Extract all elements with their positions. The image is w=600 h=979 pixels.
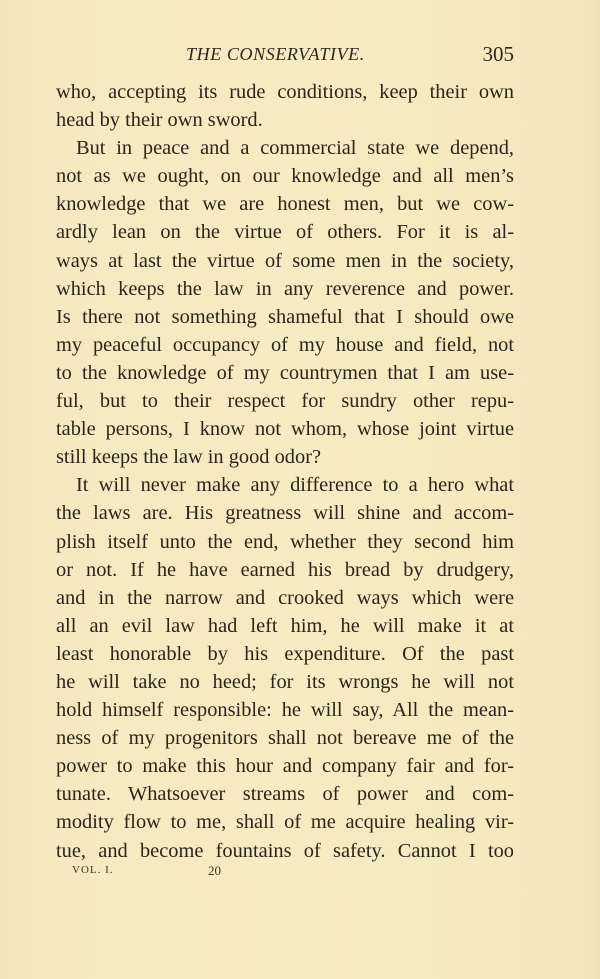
- text-line: to the knowledge of my countrymen that I…: [56, 359, 514, 387]
- text-line: modity flow to me, shall of me acquire h…: [56, 808, 514, 836]
- text-line: who, accepting its rude conditions, keep…: [56, 78, 514, 106]
- text-line: tue, and become fountains of safety. Can…: [56, 837, 514, 865]
- text-line: head by their own sword.: [56, 106, 514, 134]
- text-line: least honorable by his expenditure. Of t…: [56, 640, 514, 668]
- text-line: knowledge that we are honest men, but we…: [56, 190, 514, 218]
- book-page: THE CONSERVATIVE. 305 who, accepting its…: [0, 0, 600, 979]
- text-line: ardly lean on the virtue of others. For …: [56, 218, 514, 246]
- text-line: not as we ought, on our knowledge and al…: [56, 162, 514, 190]
- signature-volume: VOL. I.: [72, 864, 114, 876]
- text-line: table persons, I know not whom, whose jo…: [56, 415, 514, 443]
- running-title: THE CONSERVATIVE.: [186, 44, 365, 65]
- text-line: all an evil law had left him, he will ma…: [56, 612, 514, 640]
- text-line: still keeps the law in good odor?: [56, 443, 514, 471]
- paragraph-start-line: But in peace and a commercial state we d…: [56, 134, 514, 162]
- text-line: and in the narrow and crooked ways which…: [56, 584, 514, 612]
- text-line: or not. If he have earned his bread by d…: [56, 556, 514, 584]
- text-line: ness of my progenitors shall not bereave…: [56, 724, 514, 752]
- text-line: tunate. Whatsoever streams of power and …: [56, 780, 514, 808]
- text-line: which keeps the law in any reverence and…: [56, 275, 514, 303]
- body-text: who, accepting its rude conditions, keep…: [56, 78, 514, 865]
- text-line: my peaceful occupancy of my house and fi…: [56, 331, 514, 359]
- text-line: hold himself responsible: he will say, A…: [56, 696, 514, 724]
- text-line: the laws are. His greatness will shine a…: [56, 499, 514, 527]
- signature-number: 20: [208, 863, 221, 879]
- text-line: ful, but to their respect for sundry oth…: [56, 387, 514, 415]
- text-line: power to make this hour and company fair…: [56, 752, 514, 780]
- paragraph-start-line: It will never make any difference to a h…: [56, 471, 514, 499]
- text-line: ways at last the virtue of some men in t…: [56, 247, 514, 275]
- text-line: plish itself unto the end, whether they …: [56, 528, 514, 556]
- running-head: THE CONSERVATIVE. 305: [56, 44, 514, 72]
- text-line: Is there not something shameful that I s…: [56, 303, 514, 331]
- signature-footer: VOL. I. 20: [72, 864, 272, 884]
- page-number: 305: [483, 42, 515, 67]
- text-line: he will take no heed; for its wrongs he …: [56, 668, 514, 696]
